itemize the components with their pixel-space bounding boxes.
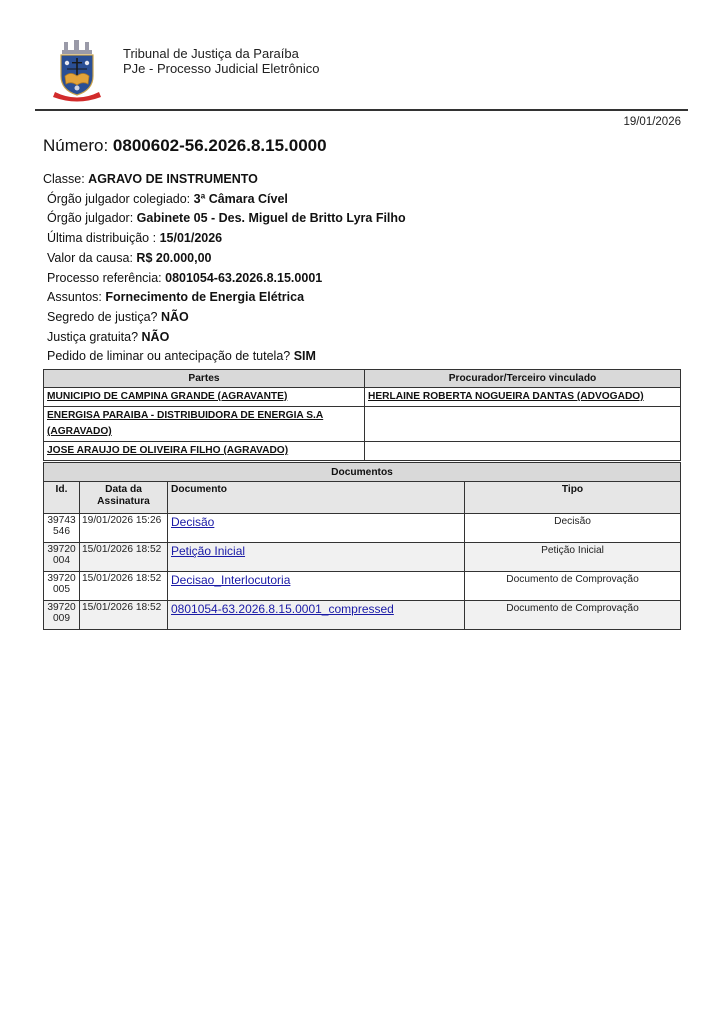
party-name: JOSE ARAUJO DE OLIVEIRA FILHO (AGRAVADO) (44, 442, 365, 461)
documents-table: Documentos Id. Data daAssinatura Documen… (43, 462, 681, 630)
field-value: AGRAVO DE INSTRUMENTO (88, 172, 258, 186)
document-date: 15/01/2026 18:52 (80, 572, 168, 601)
field-value: SIM (294, 349, 316, 363)
field-assuntos: Assuntos: Fornecimento de Energia Elétri… (43, 288, 406, 308)
print-date: 19/01/2026 (623, 116, 681, 128)
field-segredo-justica: Segredo de justiça? NÃO (43, 308, 406, 328)
field-justica-gratuita: Justiça gratuita? NÃO (43, 328, 406, 348)
document-id-line1: 39720 (47, 602, 75, 613)
field-value: R$ 20.000,00 (136, 251, 211, 265)
field-valor-causa: Valor da causa: R$ 20.000,00 (43, 249, 406, 269)
field-label: Assuntos: (47, 290, 102, 304)
documents-title-row: Documentos (44, 463, 681, 482)
document-cell: Decisão (168, 514, 465, 543)
field-orgao-colegiado: Órgão julgador colegiado: 3ª Câmara Cíve… (43, 190, 406, 210)
document-id-line1: 39720 (47, 544, 75, 555)
document-id-line2: 005 (53, 584, 70, 595)
field-label: Justiça gratuita? (47, 330, 138, 344)
field-label: Processo referência: (47, 271, 162, 285)
party-attorney: HERLAINE ROBERTA NOGUEIRA DANTAS (ADVOGA… (365, 388, 681, 407)
date-header: Data daAssinatura (80, 482, 168, 514)
field-value: 3ª Câmara Cível (194, 192, 288, 206)
document-date: 19/01/2026 15:26 (80, 514, 168, 543)
document-link[interactable]: Decisão (171, 515, 214, 529)
document-id: 39720009 (44, 601, 80, 630)
party-name: MUNICIPIO DE CAMPINA GRANDE (AGRAVANTE) (44, 388, 365, 407)
field-pedido-liminar: Pedido de liminar ou antecipação de tute… (43, 347, 406, 367)
document-id: 39743546 (44, 514, 80, 543)
field-label: Órgão julgador colegiado: (47, 192, 190, 206)
document-cell: 0801054-63.2026.8.15.0001_compressed (168, 601, 465, 630)
document-id-line2: 546 (53, 526, 70, 537)
document-type: Decisão (465, 514, 681, 543)
document-type: Petição Inicial (465, 543, 681, 572)
document-cell: Petição Inicial (168, 543, 465, 572)
document-id: 39720004 (44, 543, 80, 572)
process-number: Número: 0800602-56.2026.8.15.0000 (43, 136, 327, 156)
field-value: NÃO (161, 310, 189, 324)
field-orgao-julgador: Órgão julgador: Gabinete 05 - Des. Migue… (43, 209, 406, 229)
party-attorney (365, 442, 681, 461)
attorney-header: Procurador/Terceiro vinculado (365, 370, 681, 388)
document-id-line2: 009 (53, 613, 70, 624)
field-label: Órgão julgador: (47, 211, 133, 225)
process-number-label: Número: (43, 136, 108, 155)
document-date: 15/01/2026 18:52 (80, 601, 168, 630)
document-type: Documento de Comprovação (465, 601, 681, 630)
document-date: 15/01/2026 18:52 (80, 543, 168, 572)
document-row: 39720009 15/01/2026 18:52 0801054-63.202… (44, 601, 681, 630)
document-header: Documento (168, 482, 465, 514)
id-header: Id. (44, 482, 80, 514)
document-link[interactable]: Decisao_Interlocutoria (171, 573, 290, 587)
parties-header: Partes (44, 370, 365, 388)
field-classe: Classe: AGRAVO DE INSTRUMENTO (43, 170, 406, 190)
field-label: Valor da causa: (47, 251, 133, 265)
field-value: Gabinete 05 - Des. Miguel de Britto Lyra… (137, 211, 406, 225)
header-divider (35, 109, 688, 111)
document-link[interactable]: 0801054-63.2026.8.15.0001_compressed (171, 602, 394, 616)
document-row: 39720005 15/01/2026 18:52 Decisao_Interl… (44, 572, 681, 601)
document-row: 39743546 19/01/2026 15:26 Decisão Decisã… (44, 514, 681, 543)
document-id-line1: 39743 (47, 515, 75, 526)
field-value: 15/01/2026 (160, 231, 223, 245)
process-number-value: 0800602-56.2026.8.15.0000 (113, 136, 327, 155)
field-ultima-distribuicao: Última distribuição : 15/01/2026 (43, 229, 406, 249)
field-value: NÃO (142, 330, 170, 344)
document-id-line1: 39720 (47, 573, 75, 584)
process-details: Classe: AGRAVO DE INSTRUMENTO Órgão julg… (43, 170, 406, 367)
parties-header-row: Partes Procurador/Terceiro vinculado (44, 370, 681, 388)
field-value: Fornecimento de Energia Elétrica (105, 290, 304, 304)
field-value: 0801054-63.2026.8.15.0001 (165, 271, 322, 285)
party-attorney (365, 407, 681, 442)
court-name: Tribunal de Justiça da Paraíba (123, 46, 299, 61)
date-header-line1: Data da (105, 484, 142, 495)
party-name: ENERGISA PARAIBA - DISTRIBUIDORA DE ENER… (44, 407, 365, 442)
document-link[interactable]: Petição Inicial (171, 544, 245, 558)
documents-header-row: Id. Data daAssinatura Documento Tipo (44, 482, 681, 514)
party-row: JOSE ARAUJO DE OLIVEIRA FILHO (AGRAVADO) (44, 442, 681, 461)
party-row: ENERGISA PARAIBA - DISTRIBUIDORA DE ENER… (44, 407, 681, 442)
document-row: 39720004 15/01/2026 18:52 Petição Inicia… (44, 543, 681, 572)
date-header-line2: Assinatura (97, 496, 150, 507)
system-name: PJe - Processo Judicial Eletrônico (123, 61, 320, 76)
type-header: Tipo (465, 482, 681, 514)
party-row: MUNICIPIO DE CAMPINA GRANDE (AGRAVANTE) … (44, 388, 681, 407)
field-label: Segredo de justiça? (47, 310, 158, 324)
document-id: 39720005 (44, 572, 80, 601)
parties-table: Partes Procurador/Terceiro vinculado MUN… (43, 369, 681, 461)
document-header: Tribunal de Justiça da Paraíba PJe - Pro… (0, 0, 724, 112)
court-coat-of-arms-icon (52, 40, 104, 104)
field-label: Última distribuição : (47, 231, 156, 245)
field-processo-referencia: Processo referência: 0801054-63.2026.8.1… (43, 269, 406, 289)
field-label: Pedido de liminar ou antecipação de tute… (47, 349, 290, 363)
field-label: Classe: (43, 172, 85, 186)
document-id-line2: 004 (53, 555, 70, 566)
document-cell: Decisao_Interlocutoria (168, 572, 465, 601)
document-type: Documento de Comprovação (465, 572, 681, 601)
documents-title: Documentos (44, 463, 681, 482)
